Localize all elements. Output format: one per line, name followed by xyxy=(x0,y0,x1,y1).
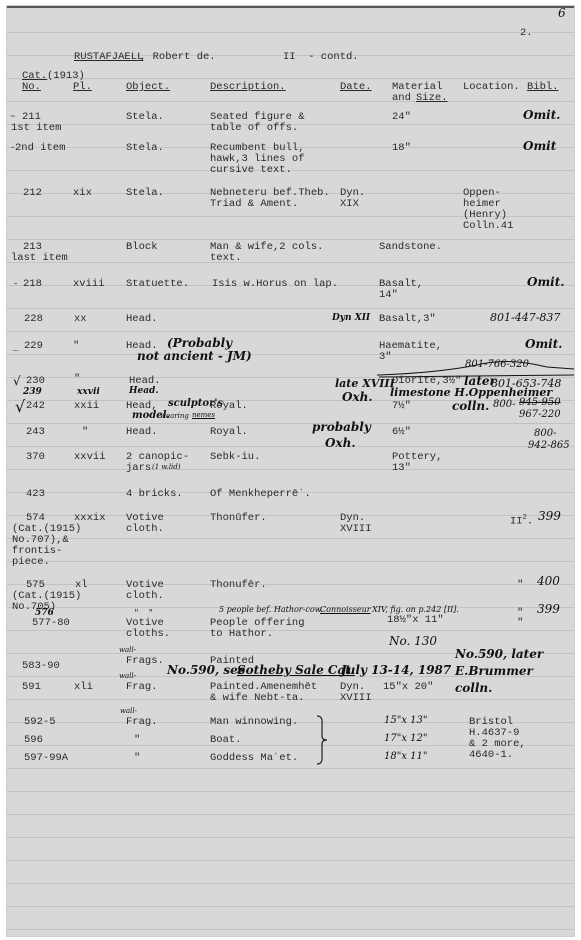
row-243-desc: Royal. xyxy=(210,427,248,439)
row-239-pl: xxvii xyxy=(77,387,100,397)
row-243-phone-a: 800- xyxy=(534,428,556,439)
row-583-later-1: No.590, later xyxy=(455,647,543,661)
row-229-no: 229 xyxy=(24,341,43,353)
row-243-no: 243 xyxy=(26,427,45,439)
row-228-date-note: Dyn XII xyxy=(332,313,370,323)
row-2nd-omit: Omit xyxy=(523,139,556,153)
row-591-material: 15"x 20" xyxy=(383,682,433,694)
row-592-no: 592-5 xyxy=(24,717,56,729)
row-574-bibl: 399 xyxy=(538,509,561,523)
row-574-no-extra-4: piece. xyxy=(12,557,50,569)
row-242-desc: Royal. xyxy=(210,401,248,413)
row-575-object-2: cloth. xyxy=(126,591,164,603)
row-592-material: 15"x 13" xyxy=(384,715,427,726)
row-230-no: 230 xyxy=(26,376,45,388)
col-size: Size. xyxy=(416,93,448,105)
row-212-no: 212 xyxy=(23,188,42,200)
row-574-pl: xxxix xyxy=(74,513,106,525)
row-597-object: " xyxy=(134,753,140,765)
row-583-wall: wall- xyxy=(119,646,136,654)
row-597-desc: Goddess Maʿet. xyxy=(210,753,298,765)
row-212-loc-4: Colln.41 xyxy=(463,221,513,233)
row-228-object: Head. xyxy=(126,314,158,326)
row-592-wall: wall- xyxy=(120,707,137,715)
row-583-sale-pre: No.590, see xyxy=(167,663,245,677)
row-575-desc: Thonufēr. xyxy=(210,580,267,592)
row-596-no: 596 xyxy=(24,735,43,747)
margin-mark-229: _ xyxy=(13,343,18,355)
row-577-object-3: cloths. xyxy=(126,629,170,641)
row-243-oxh: Oxh. xyxy=(325,436,356,450)
col-no: No. xyxy=(22,82,41,94)
row-2nd-material: 18" xyxy=(392,143,411,155)
row-239-colln: colln. xyxy=(452,399,489,413)
row-211-desc-2: table of offs. xyxy=(210,123,298,135)
header-name-rest: , Robert de. xyxy=(140,52,216,64)
row-218-material-2: 14" xyxy=(379,290,398,302)
row-583-object: Frags. xyxy=(126,656,164,668)
bibl-volume: II xyxy=(510,516,523,528)
row-583-no130: No. 130 xyxy=(389,634,437,648)
row-592-object: Frag. xyxy=(126,717,158,729)
col-object: Object. xyxy=(126,82,170,94)
row-575-bibl: 400 xyxy=(537,574,560,588)
row-596-object: " xyxy=(134,735,140,747)
row-230-oxh: Oxh. xyxy=(342,390,373,404)
row-213-object: Block xyxy=(126,242,158,254)
row-243-pl: " xyxy=(82,427,88,439)
row-212-date-2: XIX xyxy=(340,199,359,211)
bibl-sup: 2 xyxy=(523,514,527,522)
row-211-material: 24" xyxy=(392,112,411,124)
phone-2: 801-766-320 xyxy=(465,359,529,370)
row-211-omit: Omit. xyxy=(523,108,560,122)
row-591-no: 591 xyxy=(22,682,41,694)
brace-icon xyxy=(315,714,329,766)
row-583-later-2: E.Brummer xyxy=(455,664,533,678)
page-number: 2. xyxy=(520,28,533,40)
row-242-wearing: wearing xyxy=(160,412,189,420)
row-423-object: 4 bricks. xyxy=(126,489,183,501)
row-239-phone-c: 967-220 xyxy=(519,409,561,420)
document-sheet: 6 2. RUSTAFJAELL , Robert de. II - contd… xyxy=(7,6,574,936)
row-213-no2: last item xyxy=(11,253,68,265)
row-583-no: 583-90 xyxy=(22,661,60,673)
row-577-ditto-2: " xyxy=(517,618,523,630)
row-212-object: Stela. xyxy=(126,188,164,200)
row-230-late: late XVIII xyxy=(335,377,395,390)
row-2nd-object: Stela. xyxy=(126,143,164,155)
row-370-object-note: (1 w.lid) xyxy=(152,463,181,471)
col-pl: Pl. xyxy=(73,82,92,94)
row-596-desc: Boat. xyxy=(210,735,242,747)
row-239-phone-b: 945-950 xyxy=(519,397,561,408)
row-243-probably: probably xyxy=(312,420,371,434)
row-574-bibl-pre: II2. xyxy=(510,513,533,528)
row-218-omit: Omit. xyxy=(527,275,564,289)
row-243-material: 6½" xyxy=(392,427,411,439)
row-370-object-2: jars xyxy=(126,463,151,475)
row-583-later-3: colln. xyxy=(455,681,492,695)
row-370-material-2: 13" xyxy=(392,463,411,475)
row-243-object: Head. xyxy=(126,427,158,439)
row-228-no: 228 xyxy=(24,314,43,326)
col-bibl: Bibl. xyxy=(527,82,559,94)
row-591-desc-2: & wife Nebt-ta. xyxy=(210,693,305,705)
row-583-sale-date: July 13-14, 1987 xyxy=(341,663,451,677)
row-577-conn-rest: XIV, fig. on p.242 [II]. xyxy=(372,605,459,614)
row-228-pl: xx xyxy=(74,314,87,326)
row-213-material: Sandstone. xyxy=(379,242,442,254)
row-211-object: Stela. xyxy=(126,112,164,124)
row-242-no: 242 xyxy=(26,401,45,413)
corner-number: 6 xyxy=(558,6,566,20)
row-591-date-2: XVIII xyxy=(340,693,372,705)
row-577-bibl: 399 xyxy=(537,602,560,616)
row-239-object: Head. xyxy=(129,386,159,396)
row-370-no: 370 xyxy=(26,452,45,464)
row-239-phone-a: 800- xyxy=(493,399,515,410)
row-577-desc-2: to Hathor. xyxy=(210,629,273,641)
row-239-no: 239 xyxy=(23,387,42,397)
col-date: Date. xyxy=(340,82,372,94)
row-577-connoisseur: Connoisseur xyxy=(320,605,371,614)
row-574-date-2: XVIII xyxy=(340,524,372,536)
row-423-desc: Of Menkheperrēʿ. xyxy=(210,489,311,501)
header-section: II - contd. xyxy=(283,52,359,64)
row-218-object: Statuette. xyxy=(126,279,189,291)
col-and: and xyxy=(392,93,411,105)
row-423-no: 423 xyxy=(26,489,45,501)
row-591-pl: xli xyxy=(74,682,93,694)
header-name: RUSTAFJAELL xyxy=(74,52,143,64)
row-370-desc: Sebk-iu. xyxy=(210,452,260,464)
row-575-ditto: " xyxy=(517,580,523,592)
row-242-material: 7½" xyxy=(392,401,411,413)
margin-mark-218: - xyxy=(13,279,18,291)
row-583-sale-cat: Sotheby Sale Cat. xyxy=(237,663,355,677)
row-591-wall: wall- xyxy=(119,672,136,680)
row-211-no2: 1st item xyxy=(11,123,61,135)
col-description: Description. xyxy=(210,82,286,94)
row-218-no: 218 xyxy=(23,279,42,291)
row-218-desc: Isis w.Horus on lap. xyxy=(212,279,338,291)
row-596-material: 17"x 12" xyxy=(384,733,427,744)
row-574-object-2: cloth. xyxy=(126,524,164,536)
row-212-pl: xix xyxy=(73,188,92,200)
row-592-loc-4: 4640-1. xyxy=(469,750,513,762)
row-229-note-2: not ancient - JM) xyxy=(137,349,252,363)
row-370-pl: xxvii xyxy=(74,452,106,464)
row-2nd-no: 2nd item xyxy=(15,143,65,155)
row-577-material: 18½"x 11" xyxy=(387,615,444,627)
row-229-omit: Omit. xyxy=(525,337,562,351)
row-243-phone-b: 942-865 xyxy=(528,440,570,451)
row-229-note-1: (Probably xyxy=(167,336,232,350)
row-230-pl: " xyxy=(74,374,80,386)
tick-230: √ xyxy=(13,374,21,388)
row-575-pl: xl xyxy=(75,580,88,592)
margin-mark-2nd: - xyxy=(10,143,15,155)
row-574-desc: Thonūfer. xyxy=(210,513,267,525)
row-2nd-desc-3: cursive text. xyxy=(210,165,292,177)
col-location: Location. xyxy=(463,82,520,94)
row-218-pl: xviii xyxy=(73,279,105,291)
row-597-no: 597-99A xyxy=(24,753,68,765)
row-228-phone: 801-447-837 xyxy=(490,311,560,324)
row-229-pl: " xyxy=(73,341,79,353)
row-242-pl: xxii xyxy=(74,401,99,413)
row-213-desc-2: text. xyxy=(210,253,242,265)
row-577-no: 577-80 xyxy=(32,618,70,630)
row-212-desc-2: Triad & Ament. xyxy=(210,199,298,211)
tick-242: √ xyxy=(15,397,25,416)
row-228-material: Basalt,3" xyxy=(379,314,436,326)
row-592-desc: Man winnowing. xyxy=(210,717,298,729)
row-591-object: Frag. xyxy=(126,682,158,694)
row-577-hathor-note: 5 people bef. Hathor-cow. xyxy=(219,605,323,614)
margin-mark-211: ~ xyxy=(10,112,15,124)
row-597-material: 18"x 11" xyxy=(384,751,427,762)
